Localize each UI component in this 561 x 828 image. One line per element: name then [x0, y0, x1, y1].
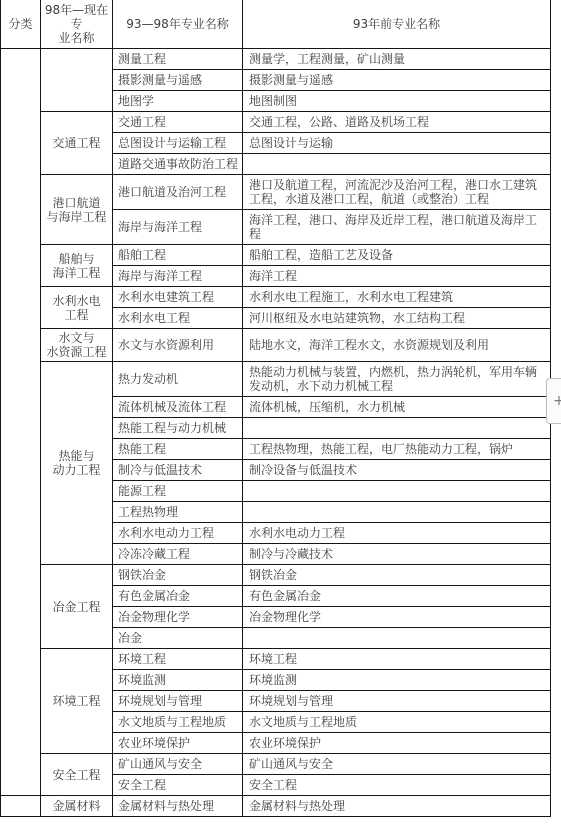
table-row: 热能与 动力工程热力发动机热能动力机械与装置，内燃机，热力涡轮机，军用车辆发动机… [1, 362, 551, 397]
mid-name-cell: 水文地质与工程地质 [113, 712, 243, 733]
mid-name-cell: 水利水电建筑工程 [113, 287, 243, 308]
mid-name-cell: 制冷与低温技术 [113, 460, 243, 481]
mid-name-cell: 地图学 [113, 91, 243, 112]
header-pre-93-name: 93年前专业名称 [243, 0, 551, 49]
mid-name-cell: 热力发动机 [113, 362, 243, 397]
old-name-cell [243, 481, 551, 502]
mid-name-cell: 热能工程与动力机械 [113, 418, 243, 439]
mid-name-cell: 冶金物理化学 [113, 607, 243, 628]
table-header-row: 分类 98年—现在专 业名称 93—98年专业名称 93年前专业名称 [1, 0, 551, 49]
old-name-cell: 河川枢纽及水电站建筑物，水工结构工程 [243, 308, 551, 329]
old-name-cell [243, 418, 551, 439]
group-name-cell: 热能与 动力工程 [41, 362, 113, 565]
group-name-cell: 水文与 水资源工程 [41, 329, 113, 362]
table-row: 交通工程交通工程交通工程，公路、道路及机场工程 [1, 112, 551, 133]
mid-name-cell: 环境规划与管理 [113, 691, 243, 712]
table-row: 安全工程矿山通风与安全矿山通风与安全 [1, 754, 551, 775]
group-name-cell: 港口航道 与海岸工程 [41, 175, 113, 245]
mid-name-cell: 安全工程 [113, 775, 243, 796]
old-name-cell: 制冷设备与低温技术 [243, 460, 551, 481]
table-row: 水文与 水资源工程水文与水资源利用陆地水文，海洋工程水文，水资源规划及利用 [1, 329, 551, 362]
plus-icon: + [553, 393, 561, 409]
table-body: 测量工程测量学，工程测量，矿山测量摄影测量与遥感摄影测量与遥感地图学地图制图交通… [1, 49, 551, 817]
mid-name-cell: 交通工程 [113, 112, 243, 133]
old-name-cell: 交通工程，公路、道路及机场工程 [243, 112, 551, 133]
classification-cell [1, 796, 41, 817]
mid-name-cell: 农业环境保护 [113, 733, 243, 754]
old-name-cell: 钢铁冶金 [243, 565, 551, 586]
mid-name-cell: 矿山通风与安全 [113, 754, 243, 775]
old-name-cell: 摄影测量与遥感 [243, 70, 551, 91]
header-classification: 分类 [1, 0, 41, 49]
old-name-cell: 农业环境保护 [243, 733, 551, 754]
mid-name-cell: 钢铁冶金 [113, 565, 243, 586]
table-row: 测量工程测量学，工程测量，矿山测量 [1, 49, 551, 70]
mid-name-cell: 港口航道及治河工程 [113, 175, 243, 210]
old-name-cell: 陆地水文，海洋工程水文，水资源规划及利用 [243, 329, 551, 362]
old-name-cell: 船舶工程，造船工艺及设备 [243, 245, 551, 266]
old-name-cell: 冶金物理化学 [243, 607, 551, 628]
old-name-cell: 矿山通风与安全 [243, 754, 551, 775]
table-row: 冶金工程钢铁冶金钢铁冶金 [1, 565, 551, 586]
group-name-cell: 金属材料 [41, 796, 113, 817]
classification-cell [1, 49, 41, 796]
mid-name-cell: 能源工程 [113, 481, 243, 502]
old-name-cell: 水利水电动力工程 [243, 523, 551, 544]
mid-name-cell: 总图设计与运输工程 [113, 133, 243, 154]
old-name-cell: 金属材料与热处理 [243, 796, 551, 817]
table-row: 金属材料金属材料与热处理金属材料与热处理 [1, 796, 551, 817]
old-name-cell: 热能动力机械与装置，内燃机，热力涡轮机，军用车辆发动机，水下动力机械工程 [243, 362, 551, 397]
mid-name-cell: 船舶工程 [113, 245, 243, 266]
group-name-cell: 安全工程 [41, 754, 113, 796]
group-name-cell: 冶金工程 [41, 565, 113, 649]
mid-name-cell: 摄影测量与遥感 [113, 70, 243, 91]
header-93-98-name: 93—98年专业名称 [113, 0, 243, 49]
document-page: 分类 98年—现在专 业名称 93—98年专业名称 93年前专业名称 测量工程测… [0, 0, 561, 828]
mid-name-cell: 水利水电工程 [113, 308, 243, 329]
mid-name-cell: 水文与水资源利用 [113, 329, 243, 362]
old-name-cell [243, 154, 551, 175]
mid-name-cell: 热能工程 [113, 439, 243, 460]
mid-name-cell: 道路交通事故防治工程 [113, 154, 243, 175]
mid-name-cell: 水利水电动力工程 [113, 523, 243, 544]
old-name-cell: 流体机械，压缩机，水力机械 [243, 397, 551, 418]
old-name-cell: 测量学，工程测量，矿山测量 [243, 49, 551, 70]
mid-name-cell: 工程热物理 [113, 502, 243, 523]
mid-name-cell: 有色金属冶金 [113, 586, 243, 607]
mid-name-cell: 测量工程 [113, 49, 243, 70]
table-row: 船舶与 海洋工程船舶工程船舶工程，造船工艺及设备 [1, 245, 551, 266]
group-name-cell: 船舶与 海洋工程 [41, 245, 113, 287]
old-name-cell: 总图设计与运输 [243, 133, 551, 154]
old-name-cell: 环境规划与管理 [243, 691, 551, 712]
old-name-cell: 海洋工程，港口、海岸及近岸工程，港口航道及海岸工程 [243, 210, 551, 245]
mid-name-cell: 环境工程 [113, 649, 243, 670]
mid-name-cell: 环境监测 [113, 670, 243, 691]
mid-name-cell: 冷冻冷藏工程 [113, 544, 243, 565]
old-name-cell: 港口及航道工程，河流泥沙及治河工程，港口水工建筑工程，水道及港口工程，航道（或整… [243, 175, 551, 210]
mid-name-cell: 海岸与海洋工程 [113, 266, 243, 287]
mid-name-cell: 金属材料与热处理 [113, 796, 243, 817]
group-name-cell [41, 49, 113, 112]
old-name-cell: 地图制图 [243, 91, 551, 112]
table-row: 港口航道 与海岸工程港口航道及治河工程港口及航道工程，河流泥沙及治河工程，港口水… [1, 175, 551, 210]
group-name-cell: 交通工程 [41, 112, 113, 175]
table-row: 水利水电 工程水利水电建筑工程水利水电工程施工，水利水电工程建筑 [1, 287, 551, 308]
mid-name-cell: 冶金 [113, 628, 243, 649]
specialty-table: 分类 98年—现在专 业名称 93—98年专业名称 93年前专业名称 测量工程测… [0, 0, 551, 817]
old-name-cell: 环境工程 [243, 649, 551, 670]
group-name-cell: 水利水电 工程 [41, 287, 113, 329]
old-name-cell [243, 628, 551, 649]
table-row: 环境工程环境工程环境工程 [1, 649, 551, 670]
old-name-cell: 环境监测 [243, 670, 551, 691]
old-name-cell: 安全工程 [243, 775, 551, 796]
old-name-cell: 有色金属冶金 [243, 586, 551, 607]
old-name-cell: 海洋工程 [243, 266, 551, 287]
old-name-cell: 制冷与冷藏技术 [243, 544, 551, 565]
old-name-cell: 水利水电工程施工，水利水电工程建筑 [243, 287, 551, 308]
old-name-cell: 工程热物理，热能工程，电厂热能动力工程，锅炉 [243, 439, 551, 460]
header-current-name: 98年—现在专 业名称 [41, 0, 113, 49]
mid-name-cell: 海岸与海洋工程 [113, 210, 243, 245]
old-name-cell [243, 502, 551, 523]
group-name-cell: 环境工程 [41, 649, 113, 754]
expand-button[interactable]: + [546, 378, 561, 424]
mid-name-cell: 流体机械及流体工程 [113, 397, 243, 418]
old-name-cell: 水文地质与工程地质 [243, 712, 551, 733]
